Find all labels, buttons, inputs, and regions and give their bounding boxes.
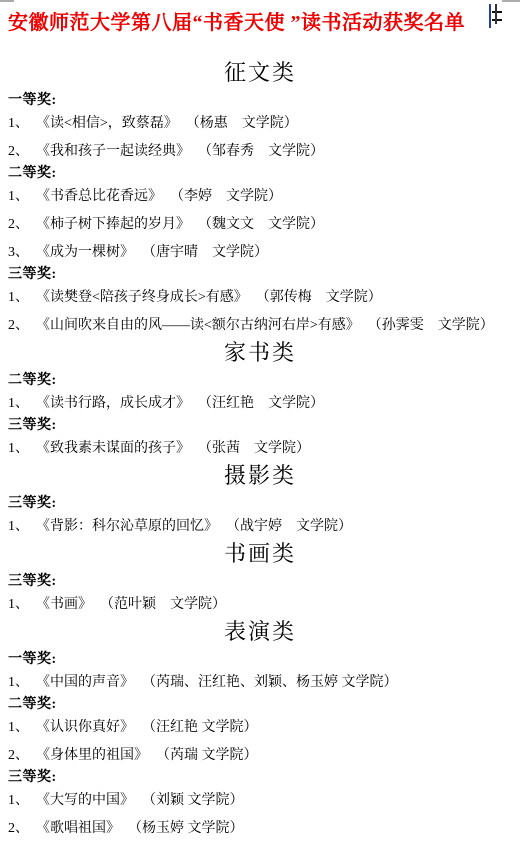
award-item-title: 《大写的中国》 <box>36 793 134 808</box>
award-item-title: 《我和孩子一起读经典》 <box>36 144 190 159</box>
award-item-winner: （汪红艳 文学院） <box>149 720 258 735</box>
award-item-title: 《读樊登<陪孩子终身成长>有感》 <box>36 290 248 305</box>
award-item-title: 《山间吹来自由的风——读<额尔古纳河右岸>有感》 <box>36 318 360 333</box>
award-item-number: 1、 <box>8 518 36 536</box>
award-item-number: 2、 <box>8 747 36 765</box>
award-item: 1、《书画》（范叶颖 文学院） <box>8 596 512 614</box>
award-item-winner: （唐宇晴 文学院） <box>149 245 268 260</box>
award-item-title: 《书画》 <box>36 597 92 612</box>
award-item: 3、《成为一棵树》（唐宇晴 文学院） <box>8 244 512 262</box>
section-heading: 书画类 <box>8 541 512 567</box>
sections-container: 征文类一等奖:1、《读<相信>，致蔡磊》（杨惠 文学院）2、《我和孩子一起读经典… <box>8 60 512 838</box>
section-heading: 家书类 <box>8 340 512 366</box>
award-item: 1、《认识你真好》（汪红艳 文学院） <box>8 719 512 737</box>
award-item-title: 《读书行路，成长成才》 <box>36 396 190 411</box>
award-item-title: 《中国的声音》 <box>36 675 134 690</box>
award-item-winner: （杨玉婷 文学院） <box>135 821 244 836</box>
award-item-title: 《歌唱祖国》 <box>36 821 120 836</box>
award-level-label: 三等奖: <box>8 266 512 284</box>
award-item-winner: （芮瑞、汪红艳、刘颖、杨玉婷 文学院） <box>149 675 398 690</box>
award-item: 1、《致我素未谋面的孩子》（张茜 文学院） <box>8 440 512 458</box>
page-edge-mark-right <box>502 0 520 2</box>
screen-corner-artifact <box>489 4 506 28</box>
award-item-winner: （魏文文 文学院） <box>205 217 324 232</box>
award-item: 1、《中国的声音》（芮瑞、汪红艳、刘颖、杨玉婷 文学院） <box>8 674 512 692</box>
award-item-title: 《书香总比花香远》 <box>36 189 162 204</box>
award-item-winner: （战宇婷 文学院） <box>233 519 352 534</box>
award-level-label: 三等奖: <box>8 573 512 591</box>
award-item-number: 1、 <box>8 674 36 692</box>
document-page: 安徽师范大学第八届“书香天使 ”读书活动获奖名单 征文类一等奖:1、《读<相信>… <box>0 0 520 847</box>
award-item-number: 1、 <box>8 188 36 206</box>
award-item: 2、《柿子树下捧起的岁月》（魏文文 文学院） <box>8 216 512 234</box>
award-item-winner: （李婷 文学院） <box>177 189 282 204</box>
award-item-title: 《读<相信>，致蔡磊》 <box>36 116 178 131</box>
award-item-winner: （郭传梅 文学院） <box>263 290 382 305</box>
award-item-number: 1、 <box>8 115 36 133</box>
award-level-label: 三等奖: <box>8 769 512 787</box>
section-heading: 摄影类 <box>8 463 512 489</box>
section-heading: 表演类 <box>8 619 512 645</box>
award-level-label: 三等奖: <box>8 417 512 435</box>
award-level-label: 二等奖: <box>8 372 512 390</box>
award-item-number: 1、 <box>8 395 36 413</box>
award-item-winner: （杨惠 文学院） <box>193 116 298 131</box>
award-level-label: 二等奖: <box>8 696 512 714</box>
award-level-label: 二等奖: <box>8 165 512 183</box>
award-item-winner: （孙霁雯 文学院） <box>375 318 494 333</box>
award-item: 1、《读书行路，成长成才》（汪红艳 文学院） <box>8 395 512 413</box>
award-item-winner: （芮瑞 文学院） <box>163 748 258 763</box>
award-item-number: 2、 <box>8 143 36 161</box>
award-item: 2、《我和孩子一起读经典》（邹春秀 文学院） <box>8 143 512 161</box>
award-item: 2、《歌唱祖国》（杨玉婷 文学院） <box>8 820 512 838</box>
doc-title: 安徽师范大学第八届“书香天使 ”读书活动获奖名单 <box>8 10 512 36</box>
award-item: 1、《书香总比花香远》（李婷 文学院） <box>8 188 512 206</box>
award-item-number: 1、 <box>8 440 36 458</box>
award-item-winner: （汪红艳 文学院） <box>205 396 324 411</box>
award-item-number: 1、 <box>8 792 36 810</box>
award-item-title: 《柿子树下捧起的岁月》 <box>36 217 190 232</box>
award-item-title: 《成为一棵树》 <box>36 245 134 260</box>
award-item-winner: （张茜 文学院） <box>205 441 310 456</box>
award-item: 2、《山间吹来自由的风——读<额尔古纳河右岸>有感》（孙霁雯 文学院） <box>8 317 512 335</box>
section-heading: 征文类 <box>8 60 512 86</box>
award-item-number: 1、 <box>8 596 36 614</box>
award-level-label: 一等奖: <box>8 92 512 110</box>
award-item: 2、《身体里的祖国》（芮瑞 文学院） <box>8 747 512 765</box>
award-item: 1、《背影：科尔沁草原的回忆》（战宇婷 文学院） <box>8 518 512 536</box>
award-item-number: 1、 <box>8 719 36 737</box>
award-level-label: 三等奖: <box>8 495 512 513</box>
award-item-title: 《背影：科尔沁草原的回忆》 <box>36 519 218 534</box>
page-edge-mark-left <box>0 0 14 2</box>
award-item-winner: （范叶颖 文学院） <box>107 597 226 612</box>
award-item-title: 《致我素未谋面的孩子》 <box>36 441 190 456</box>
award-item-title: 《身体里的祖国》 <box>36 748 148 763</box>
award-item-number: 2、 <box>8 820 36 838</box>
award-item-number: 2、 <box>8 216 36 234</box>
award-item-title: 《认识你真好》 <box>36 720 134 735</box>
award-item-winner: （邹春秀 文学院） <box>205 144 324 159</box>
award-item-number: 1、 <box>8 289 36 307</box>
award-item-number: 2、 <box>8 317 36 335</box>
award-item: 1、《大写的中国》（刘颖 文学院） <box>8 792 512 810</box>
award-item: 1、《读樊登<陪孩子终身成长>有感》（郭传梅 文学院） <box>8 289 512 307</box>
award-item-winner: （刘颖 文学院） <box>149 793 244 808</box>
award-level-label: 一等奖: <box>8 651 512 669</box>
award-item: 1、《读<相信>，致蔡磊》（杨惠 文学院） <box>8 115 512 133</box>
award-item-number: 3、 <box>8 244 36 262</box>
